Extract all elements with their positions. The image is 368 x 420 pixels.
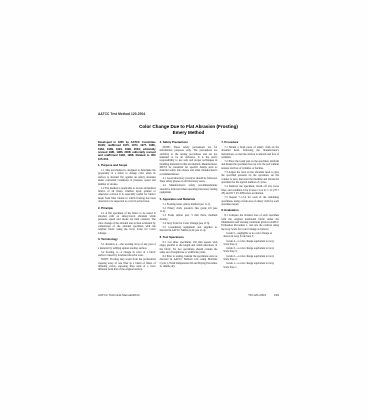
section-paragraph: NOTE: Frosting may result from the prefe… — [98, 258, 156, 272]
section-paragraph: 4.2 Manufacturer's safety recommendation… — [160, 184, 218, 194]
section-heading: 4. Safety Precautions — [160, 141, 218, 144]
section-paragraph: 5.1 Frosting tester, emery method (see 1… — [160, 203, 218, 206]
footer-method-code: TM 120-2004 — [248, 293, 266, 297]
section-paragraph: 7.5 Repeat 7.1-7.4 for each of the remai… — [221, 196, 279, 206]
section-paragraph: 1.1 This test method is designed to dete… — [98, 169, 156, 186]
grade-list-item: Grade 3—a color change equivalent to Gra… — [221, 247, 279, 254]
section-paragraph: 7.4 Remove the specimen, brush off any l… — [221, 185, 279, 195]
section-paragraph: 6.2 Prior to testing, launder the specim… — [160, 255, 218, 269]
section-paragraph: NOTE: These safety precautions are for i… — [160, 146, 218, 176]
grade-list-item: Grade 1—a color change equivalent to Gra… — [221, 262, 279, 269]
section-paragraph: 5.4 Gray Scale for Color Change (see 11.… — [160, 222, 218, 225]
document-title: Color Change Due to Flat Abrasion (Frost… — [98, 124, 279, 136]
document-content: AATCC Test Method 120-2004 Color Change … — [98, 113, 279, 297]
section-heading: 8. Evaluation — [221, 209, 279, 212]
grade-list-item: Grade 2—a color change equivalent to Gra… — [221, 255, 279, 262]
section-paragraph: 6.1 Cut three specimens 150 mm square wi… — [160, 241, 218, 255]
revision-history-paragraph: Developed in 1965 by AATCC Committee RA2… — [98, 141, 156, 161]
section-paragraph: 5.3 Foam rubber pad, 3 mm thick, medium … — [160, 214, 218, 221]
grade-list-item: Grade 4—a color change equivalent to Gra… — [221, 240, 279, 247]
footer-page-number: 199 — [274, 293, 279, 297]
section-paragraph: 7.3 Adjust the load on the abradant head… — [221, 171, 279, 185]
section-paragraph: 7.2 Place the foam pad on the specimen p… — [221, 160, 279, 170]
section-paragraph: 4.1 Good laboratory practices should be … — [160, 177, 218, 184]
footer-manual-name: AATCC Technical Manual/2010 — [98, 293, 139, 297]
section-heading: 3. Terminology — [98, 238, 156, 241]
section-heading: 7. Procedure — [221, 141, 279, 144]
section-heading: 2. Principle — [98, 207, 156, 210]
grade-list-item: Grade 5—negligible or no color change as… — [221, 232, 279, 239]
section-paragraph: 5.2 Emery cloth, jeweler's fine grade 4/… — [160, 207, 218, 214]
section-paragraph: 2.1 A flat specimen of the fabric to be … — [98, 212, 156, 236]
section-heading: 6. Test Specimens — [160, 236, 218, 239]
section-paragraph: 7.1 Mount a fresh piece of emery cloth o… — [221, 146, 279, 160]
document-page: AATCC Test Method 120-2004 Color Change … — [0, 0, 368, 420]
footer-right-group: TM 120-2004 199 — [248, 293, 279, 297]
title-line-2: Emery Method — [98, 130, 279, 136]
section-paragraph: 5.5 Laundering equipment and supplies as… — [160, 226, 218, 233]
section-paragraph: 3.2 frosting, n.—a change in color of a … — [98, 251, 156, 258]
doc-columns: Developed in 1965 by AATCC Committee RA2… — [98, 141, 279, 289]
section-heading: 5. Apparatus and Materials — [160, 198, 218, 201]
method-number-header: AATCC Test Method 120-2004 — [98, 113, 279, 117]
section-heading: 1. Purpose and Scope — [98, 164, 156, 167]
section-paragraph: 8.1 Compare the abraded area of each spe… — [221, 214, 279, 231]
section-paragraph: 1.2 The method is applicable to woven an… — [98, 187, 156, 204]
section-paragraph: 3.1 abrasion, n.—the wearing away of any… — [98, 243, 156, 250]
page-footer: AATCC Technical Manual/2010 TM 120-2004 … — [98, 293, 279, 297]
